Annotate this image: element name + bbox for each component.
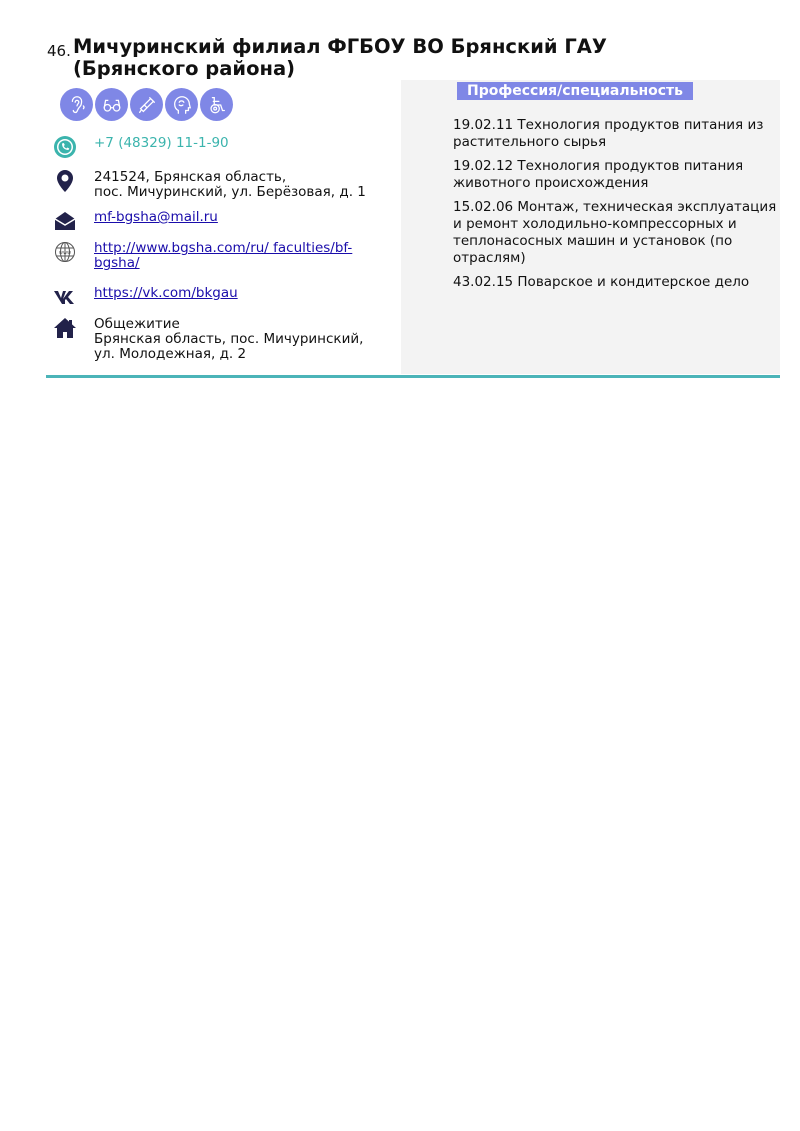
specialty-item: 19.02.11 Технология продуктов питания из… (453, 117, 778, 151)
svg-text:www: www (59, 250, 71, 256)
mental-impairment-icon (165, 88, 198, 121)
envelope-icon (52, 208, 78, 234)
vk-link[interactable]: https://vk.com/bkgau (94, 286, 394, 301)
dormitory-address-line1: Брянская область, пос. Мичуринский, (94, 332, 394, 347)
phone-icon (52, 134, 78, 160)
institution-title-line1: Мичуринский филиал ФГБОУ ВО Брянский ГАУ (73, 36, 607, 58)
globe-www-icon: www (52, 239, 78, 265)
hearing-impairment-icon (60, 88, 93, 121)
address-line2: пос. Мичуринский, ул. Берёзовая, д. 1 (94, 185, 394, 200)
institution-title: Мичуринский филиал ФГБОУ ВО Брянский ГАУ… (73, 36, 607, 80)
website-line2: bgsha/ (94, 256, 394, 271)
specialty-item: 19.02.12 Технология продуктов питания жи… (453, 158, 778, 192)
specialty-item: 43.02.15 Поварское и кондитерское дело (453, 274, 778, 291)
entry-number: 46. (47, 42, 71, 60)
phone-number[interactable]: +7 (48329) 11-1-90 (94, 136, 394, 151)
dormitory-label: Общежитие (94, 317, 394, 332)
dormitory-address-line2: ул. Молодежная, д. 2 (94, 347, 394, 362)
address-line1: 241524, Брянская область, (94, 170, 394, 185)
address: 241524, Брянская область, пос. Мичуринск… (94, 170, 394, 200)
vk-icon (52, 284, 78, 310)
dormitory-info: Общежитие Брянская область, пос. Мичурин… (94, 317, 394, 362)
section-divider (46, 375, 780, 378)
institution-title-line2: (Брянского района) (73, 58, 607, 80)
musculoskeletal-impairment-icon (130, 88, 163, 121)
specialties-panel: Профессия/специальность 19.02.11 Техноло… (401, 80, 780, 374)
wheelchair-icon (200, 88, 233, 121)
specialties-header: Профессия/специальность (457, 82, 693, 100)
specialty-item: 15.02.06 Монтаж, техническая эксплуатаци… (453, 199, 778, 267)
website-link[interactable]: http://www.bgsha.com/ru/ faculties/bf- b… (94, 241, 394, 271)
location-pin-icon (52, 168, 78, 194)
house-icon (52, 315, 78, 341)
vision-impairment-icon (95, 88, 128, 121)
email-link[interactable]: mf-bgsha@mail.ru (94, 210, 394, 225)
accessibility-icons (60, 88, 233, 121)
website-line1: http://www.bgsha.com/ru/ faculties/bf- (94, 241, 394, 256)
specialties-list: 19.02.11 Технология продуктов питания из… (453, 117, 778, 298)
